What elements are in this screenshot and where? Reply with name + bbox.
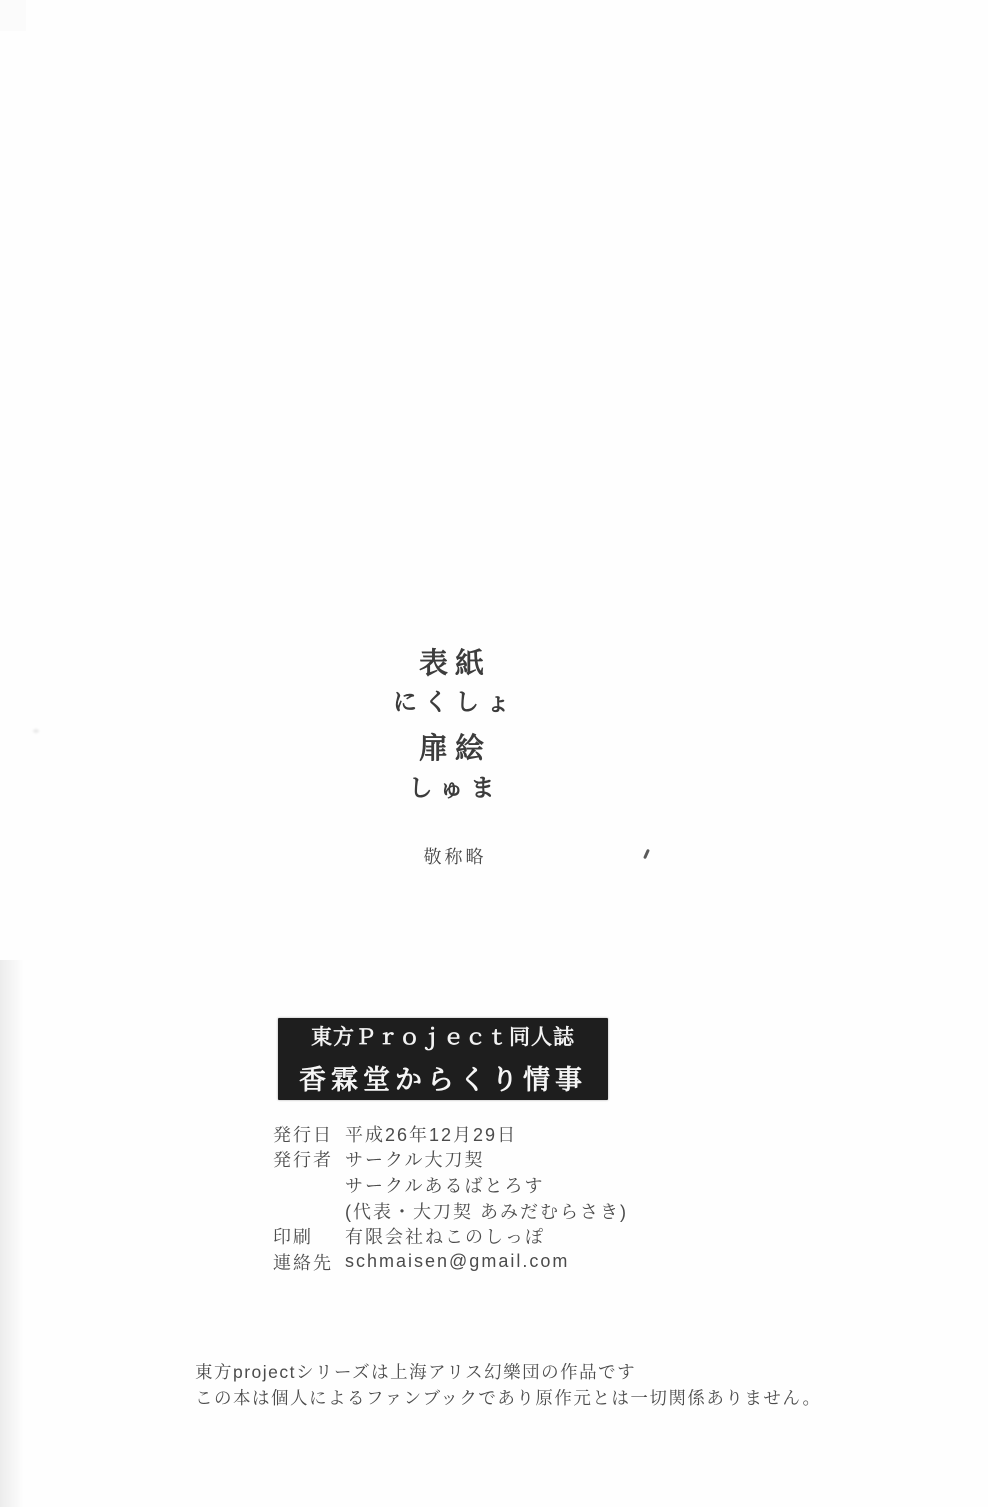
colophon-row-circle-2: サークルあるばとろす	[273, 1172, 628, 1198]
colophon-row-contact-email: 連絡先 schmaisen@gmail.com	[273, 1249, 628, 1275]
colophon-label: 連絡先	[273, 1249, 345, 1275]
colophon-label: 発行者	[273, 1146, 345, 1172]
cover-credit-artist: にくしょ	[255, 682, 655, 717]
colophon-value: schmaisen@gmail.com	[345, 1251, 569, 1272]
colophon-label: 印刷	[273, 1223, 345, 1249]
disclaimer-line-1: 東方projectシリーズは上海アリス幻樂団の作品です	[195, 1360, 821, 1386]
colophon-row-publish-date: 発行日 平成26年12月29日	[273, 1121, 628, 1147]
scan-left-shadow	[0, 960, 24, 1507]
title-art-credit-artist: しゅま	[255, 768, 655, 803]
colophon-value: サークルあるばとろす	[345, 1172, 544, 1198]
colophon-row-representative: (代表・大刀契 あみだむらさき)	[273, 1198, 628, 1224]
colophon-value: サークル大刀契	[345, 1146, 484, 1172]
colophon-value: (代表・大刀契 あみだむらさき)	[345, 1198, 628, 1224]
honorifics-note: 敬称略	[255, 843, 655, 869]
colophon-row-printer: 印刷 有限会社ねこのしっぽ	[273, 1223, 628, 1249]
scanned-doujin-colophon-page: 表紙 にくしょ 扉絵 しゅま 敬称略 東方Ｐｒｏｊｅｃｔ同人誌 香霖堂からくり情…	[0, 0, 988, 1507]
doujin-series-line: 東方Ｐｒｏｊｅｃｔ同人誌	[311, 1021, 575, 1051]
doujin-title-box: 東方Ｐｒｏｊｅｃｔ同人誌 香霖堂からくり情事	[278, 1018, 608, 1100]
doujin-title-line: 香霖堂からくり情事	[299, 1058, 587, 1097]
disclaimer-block: 東方projectシリーズは上海アリス幻樂団の作品です この本は個人によるファン…	[195, 1360, 821, 1411]
scan-edge-square	[0, 0, 26, 31]
colophon-value: 平成26年12月29日	[345, 1121, 517, 1147]
colophon-row-publisher: 発行者 サークル大刀契	[273, 1147, 628, 1173]
cover-credit-label: 表紙	[255, 641, 655, 682]
colophon-label: 発行日	[273, 1121, 345, 1147]
ink-speck	[33, 729, 39, 733]
disclaimer-line-2: この本は個人によるファンブックであり原作元とは一切関係ありません。	[195, 1386, 821, 1412]
colophon-list: 発行日 平成26年12月29日 発行者 サークル大刀契 サークルあるばとろす (…	[273, 1121, 628, 1275]
title-art-credit-label: 扉絵	[255, 726, 655, 767]
colophon-value: 有限会社ねこのしっぽ	[345, 1223, 545, 1249]
